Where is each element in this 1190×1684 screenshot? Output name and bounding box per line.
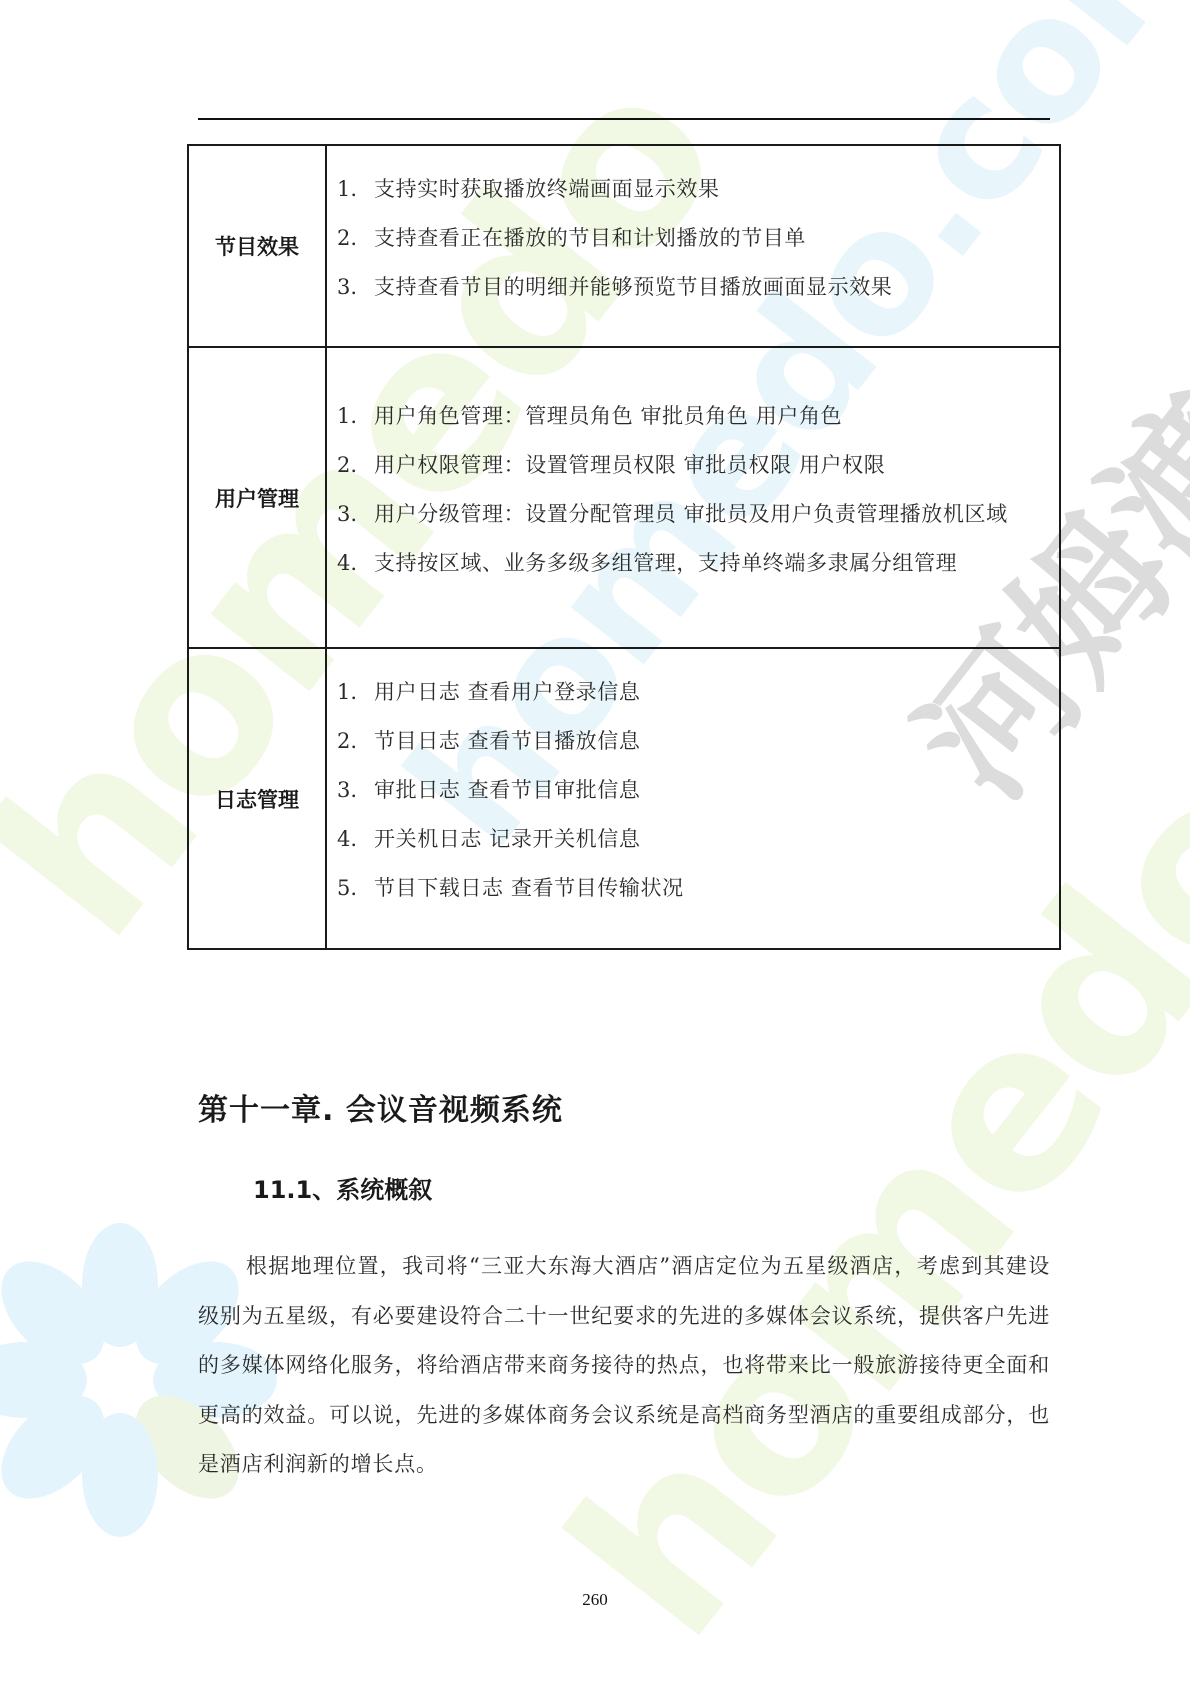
item-text: 支持查看节目的明细并能够预览节目播放画面显示效果 xyxy=(374,263,1059,312)
item-number: 3. xyxy=(337,263,374,312)
page: 节目效果 1.支持实时获取播放终端画面显示效果 2.支持查看正在播放的节目和计划… xyxy=(0,0,1190,1684)
item-number: 4. xyxy=(337,539,374,588)
list-item: 3.支持查看节目的明细并能够预览节目播放画面显示效果 xyxy=(337,263,1059,312)
item-text: 用户分级管理：设置分配管理员 审批员及用户负责管理播放机区域 xyxy=(374,490,1059,539)
item-number: 2. xyxy=(337,441,374,490)
item-number: 5. xyxy=(337,864,374,913)
list-item: 2.节目日志 查看节目播放信息 xyxy=(337,717,1059,766)
list-item: 3.用户分级管理：设置分配管理员 审批员及用户负责管理播放机区域 xyxy=(337,490,1059,539)
page-number: 260 xyxy=(0,1590,1190,1610)
item-text: 用户日志 查看用户登录信息 xyxy=(374,668,1059,717)
item-number: 4. xyxy=(337,815,374,864)
list-item: 1.用户角色管理：管理员角色 审批员角色 用户角色 xyxy=(337,392,1059,441)
item-number: 2. xyxy=(337,214,374,263)
chapter-title: 第十一章. 会议音视频系统 xyxy=(198,1085,563,1129)
list-item: 1.用户日志 查看用户登录信息 xyxy=(337,668,1059,717)
item-text: 支持按区域、业务多级多组管理，支持单终端多隶属分组管理 xyxy=(374,539,1059,588)
item-text: 开关机日志 记录开关机信息 xyxy=(374,815,1059,864)
items-cell: 1.用户角色管理：管理员角色 审批员角色 用户角色 2.用户权限管理：设置管理员… xyxy=(326,347,1060,648)
item-text: 用户权限管理：设置管理员权限 审批员权限 用户权限 xyxy=(374,441,1059,490)
table-row: 节目效果 1.支持实时获取播放终端画面显示效果 2.支持查看正在播放的节目和计划… xyxy=(188,145,1060,347)
item-text: 节目下载日志 查看节目传输状况 xyxy=(374,864,1059,913)
category-cell: 节目效果 xyxy=(188,145,326,347)
item-text: 支持查看正在播放的节目和计划播放的节目单 xyxy=(374,214,1059,263)
list-item: 4.开关机日志 记录开关机信息 xyxy=(337,815,1059,864)
item-number: 1. xyxy=(337,165,374,214)
table-row: 日志管理 1.用户日志 查看用户登录信息 2.节目日志 查看节目播放信息 3.审… xyxy=(188,648,1060,949)
item-number: 3. xyxy=(337,766,374,815)
header-rule xyxy=(198,118,1050,120)
list-item: 1.支持实时获取播放终端画面显示效果 xyxy=(337,165,1059,214)
feature-table: 节目效果 1.支持实时获取播放终端画面显示效果 2.支持查看正在播放的节目和计划… xyxy=(187,144,1061,950)
item-text: 支持实时获取播放终端画面显示效果 xyxy=(374,165,1059,214)
items-cell: 1.用户日志 查看用户登录信息 2.节目日志 查看节目播放信息 3.审批日志 查… xyxy=(326,648,1060,949)
item-text: 用户角色管理：管理员角色 审批员角色 用户角色 xyxy=(374,392,1059,441)
item-number: 1. xyxy=(337,392,374,441)
list-item: 2.用户权限管理：设置管理员权限 审批员权限 用户权限 xyxy=(337,441,1059,490)
category-cell: 日志管理 xyxy=(188,648,326,949)
category-cell: 用户管理 xyxy=(188,347,326,648)
list-item: 2.支持查看正在播放的节目和计划播放的节目单 xyxy=(337,214,1059,263)
table-row: 用户管理 1.用户角色管理：管理员角色 审批员角色 用户角色 2.用户权限管理：… xyxy=(188,347,1060,648)
item-number: 2. xyxy=(337,717,374,766)
body-paragraph: 根据地理位置，我司将“三亚大东海大酒店”酒店定位为五星级酒店，考虑到其建设级别为… xyxy=(198,1242,1050,1490)
item-text: 节目日志 查看节目播放信息 xyxy=(374,717,1059,766)
list-item: 5.节目下载日志 查看节目传输状况 xyxy=(337,864,1059,913)
list-item: 4.支持按区域、业务多级多组管理，支持单终端多隶属分组管理 xyxy=(337,539,1059,588)
item-text: 审批日志 查看节目审批信息 xyxy=(374,766,1059,815)
list-item: 3.审批日志 查看节目审批信息 xyxy=(337,766,1059,815)
section-title: 11.1、系统概叙 xyxy=(253,1170,432,1205)
item-number: 3. xyxy=(337,490,374,539)
items-cell: 1.支持实时获取播放终端画面显示效果 2.支持查看正在播放的节目和计划播放的节目… xyxy=(326,145,1060,347)
item-number: 1. xyxy=(337,668,374,717)
